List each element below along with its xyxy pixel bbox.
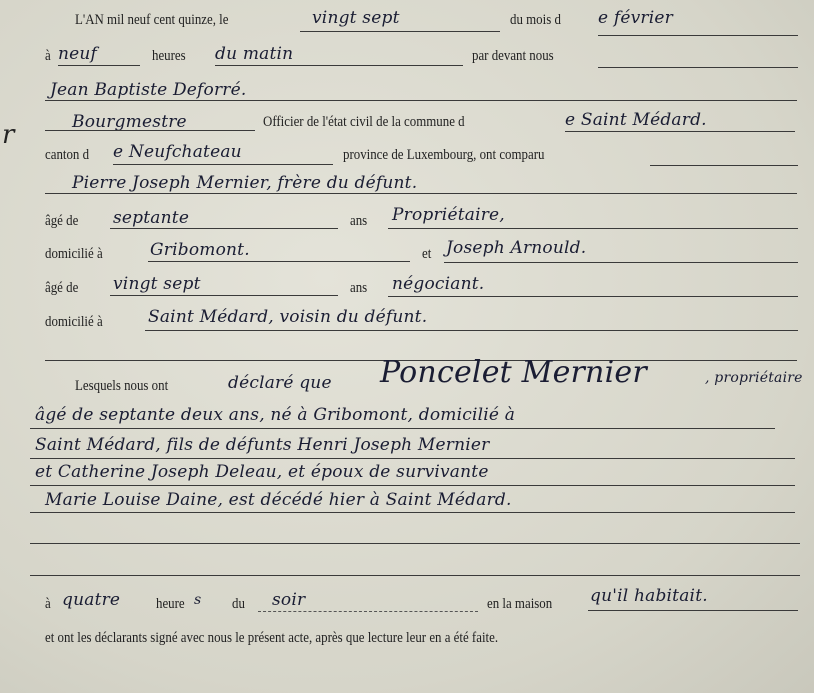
printed-canton: canton d bbox=[45, 147, 89, 164]
printed-a: à bbox=[45, 48, 51, 65]
death-time-of-day: soir bbox=[272, 590, 305, 610]
declarant-2-age: vingt sept bbox=[113, 274, 201, 294]
printed-heure: heure bbox=[156, 596, 185, 613]
printed-closing-statement: et ont les déclarants signé avec nous le… bbox=[45, 630, 498, 647]
printed-age-label: âgé de bbox=[45, 280, 78, 297]
rule bbox=[110, 228, 338, 229]
printed-month-label: du mois d bbox=[510, 12, 561, 29]
rule bbox=[113, 164, 333, 165]
rule bbox=[145, 330, 798, 331]
rule bbox=[45, 193, 797, 194]
printed-et: et bbox=[422, 246, 431, 263]
time-of-day-value: du matin bbox=[215, 44, 293, 64]
heure-plural: s bbox=[194, 592, 201, 608]
rule bbox=[30, 543, 800, 544]
deceased-occupation: , propriétaire bbox=[705, 370, 803, 386]
declarant-2-occupation: négociant. bbox=[392, 274, 484, 294]
day-value: vingt sept bbox=[312, 8, 400, 28]
printed-ans: ans bbox=[350, 213, 367, 230]
deceased-details-1: âgé de septante deux ans, né à Gribomont… bbox=[35, 405, 515, 425]
printed-ans: ans bbox=[350, 280, 367, 297]
declared-that: déclaré que bbox=[228, 373, 332, 393]
declarant-1-name: Pierre Joseph Mernier, frère du défunt. bbox=[72, 173, 417, 193]
deceased-name: Poncelet Mernier bbox=[380, 355, 647, 390]
printed-du: du bbox=[232, 596, 245, 613]
printed-lesquels: Lesquels nous ont bbox=[75, 378, 168, 395]
printed-officer-label: Officier de l'état civil de la commune d bbox=[263, 114, 465, 131]
rule bbox=[598, 35, 798, 36]
deceased-details-2: Saint Médard, fils de défunts Henri Jose… bbox=[35, 435, 489, 455]
margin-note: r bbox=[2, 120, 14, 150]
declarant-2-domicile: Saint Médard, voisin du défunt. bbox=[148, 307, 427, 327]
printed-domicile-label: domicilié à bbox=[45, 246, 103, 263]
printed-par-devant-nous: par devant nous bbox=[472, 48, 554, 65]
rule bbox=[45, 130, 255, 131]
hour-value: neuf bbox=[58, 44, 97, 64]
rule bbox=[58, 65, 140, 66]
rule bbox=[388, 296, 798, 297]
printed-domicile-label: domicilié à bbox=[45, 314, 103, 331]
declarant-1-occupation: Propriétaire, bbox=[392, 205, 505, 225]
death-hour: quatre bbox=[62, 590, 120, 610]
rule bbox=[30, 575, 800, 576]
rule bbox=[598, 67, 798, 68]
officer-title: Bourgmestre bbox=[72, 112, 187, 132]
printed-year-text: L'AN mil neuf cent quinze, le bbox=[75, 12, 228, 29]
printed-age-label: âgé de bbox=[45, 213, 78, 230]
rule bbox=[215, 65, 463, 66]
rule bbox=[444, 262, 798, 263]
rule bbox=[30, 458, 795, 459]
deceased-details-4: Marie Louise Daine, est décédé hier à Sa… bbox=[45, 490, 512, 510]
commune-value: e Saint Médard. bbox=[565, 110, 707, 130]
rule bbox=[30, 428, 775, 429]
printed-a: à bbox=[45, 596, 51, 613]
death-place: qu'il habitait. bbox=[590, 586, 708, 606]
declarant-1-age: septante bbox=[113, 208, 189, 228]
rule bbox=[258, 611, 478, 612]
rule bbox=[300, 31, 500, 32]
month-value: e février bbox=[598, 8, 673, 28]
rule bbox=[148, 261, 410, 262]
rule bbox=[388, 228, 798, 229]
rule bbox=[45, 100, 797, 101]
deceased-details-3: et Catherine Joseph Deleau, et époux de … bbox=[35, 462, 489, 482]
printed-heures: heures bbox=[152, 48, 186, 65]
rule bbox=[565, 131, 795, 132]
printed-en-la-maison: en la maison bbox=[487, 596, 552, 613]
officer-name: Jean Baptiste Deforré. bbox=[50, 80, 247, 100]
declarant-1-domicile: Gribomont. bbox=[150, 240, 250, 260]
canton-value: e Neufchateau bbox=[113, 142, 242, 162]
rule bbox=[30, 512, 795, 513]
rule bbox=[650, 165, 798, 166]
rule bbox=[588, 610, 798, 611]
rule bbox=[30, 485, 795, 486]
declarant-2-name: Joseph Arnould. bbox=[446, 238, 586, 258]
rule bbox=[110, 295, 338, 296]
printed-province: province de Luxembourg, ont comparu bbox=[343, 147, 544, 164]
